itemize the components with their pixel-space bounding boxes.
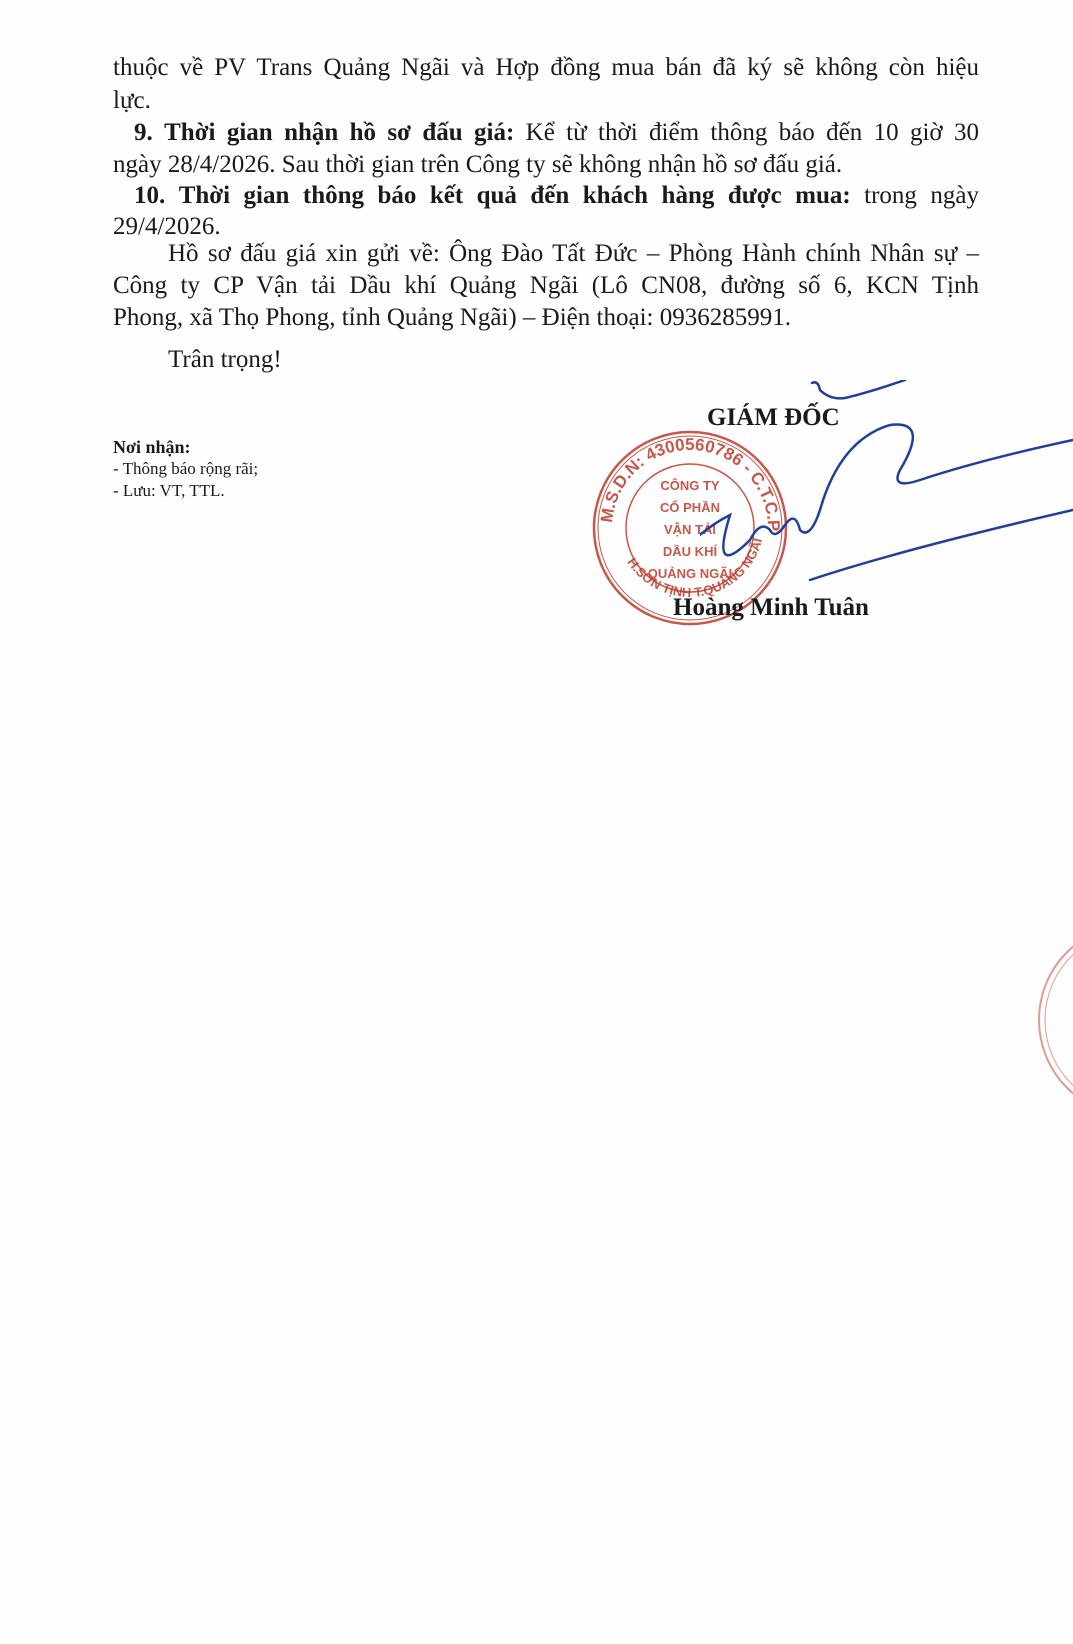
- signature-icon: [700, 380, 1073, 620]
- item-10-number: 10.: [134, 182, 165, 209]
- recipient-item: - Lưu: VT, TTL.: [113, 480, 225, 502]
- signer-name: Hoàng Minh Tuân: [673, 592, 869, 624]
- paragraph-continuation-line2: lực.: [113, 85, 151, 117]
- item-10-text: trong ngày: [864, 182, 979, 209]
- submit-line2: Công ty CP Vận tải Dầu khí Quảng Ngãi (L…: [113, 270, 979, 302]
- closing-text: Trân trọng!: [168, 344, 282, 376]
- item-9-number: 9.: [134, 119, 153, 146]
- item-10-line1: 10. Thời gian thông báo kết quả đến khác…: [134, 180, 979, 212]
- submit-line3: Phong, xã Thọ Phong, tỉnh Quảng Ngãi) – …: [113, 302, 791, 334]
- item-9-line2: ngày 28/4/2026. Sau thời gian trên Công …: [113, 149, 842, 181]
- item-9-line1: 9. Thời gian nhận hồ sơ đấu giá: Kể từ t…: [134, 117, 979, 149]
- recipient-item: - Thông báo rộng rãi;: [113, 458, 258, 480]
- partial-stamp-icon: [1035, 920, 1073, 1120]
- recipients-title: Nơi nhận:: [113, 436, 191, 458]
- paragraph-continuation-line1: thuộc về PV Trans Quảng Ngãi và Hợp đồng…: [113, 52, 979, 84]
- item-9-label: Thời gian nhận hồ sơ đấu giá:: [164, 119, 514, 146]
- submit-line1: Hồ sơ đấu giá xin gửi về: Ông Đào Tất Đứ…: [168, 238, 979, 270]
- item-9-text: Kể từ thời điểm thông báo đến 10 giờ 30: [526, 119, 979, 146]
- item-10-label: Thời gian thông báo kết quả đến khách hà…: [179, 182, 851, 209]
